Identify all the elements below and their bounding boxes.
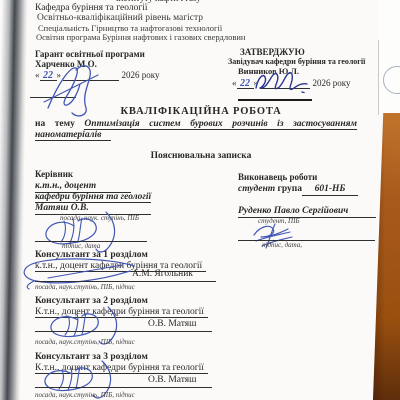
handwritten-day: 22: [237, 79, 254, 89]
book-spine-shadow: [0, 0, 28, 400]
guarantor-year: 2026 року: [122, 70, 160, 80]
scanned-title-page: інституту нафти і газу Кафедра буріння т…: [0, 0, 400, 400]
consultant3-name: О.В. Матяш: [148, 376, 196, 386]
theme-line-1: на тему Оптимізація систем бурових розчи…: [35, 119, 357, 129]
header-program: Освітня програма Буріння нафтових і газо…: [36, 33, 245, 42]
consultant2-caption: посада, наук.ступінь, ПІБ, підпис: [35, 339, 135, 346]
wood-table-edge: [373, 113, 400, 400]
consultant2-name: О.В. Матяш: [148, 320, 196, 330]
consultant1-rule: [35, 281, 216, 282]
consultant2-rule: [35, 331, 212, 332]
subtitle: Пояснювальна записка: [40, 152, 362, 162]
theme-label: на тему: [35, 119, 75, 129]
group-word: група: [278, 184, 302, 194]
executor-caption-bottom: підпис, дата,: [262, 242, 302, 249]
paper-edge-line: [378, 40, 379, 115]
theme-text-2: наноматеріалів: [35, 130, 111, 141]
consultant3-rule: [35, 387, 212, 388]
group-value: 601-НБ: [302, 185, 358, 196]
student-word: студент: [238, 184, 275, 194]
theme-text-1: Оптимізація систем бурових розчинів із з…: [84, 119, 357, 130]
executor-group-line: студент група601-НБ: [238, 185, 358, 196]
consultant3-caption: посада, наук.ступінь, ПІБ, підпис: [35, 392, 135, 399]
supervisor-department: кафедри буріння та геології: [35, 193, 151, 203]
consultant1-name: А.М. Ягольник: [132, 270, 193, 280]
work-type-title: КВАЛІФІКАЦІЙНА РОБОТА: [40, 106, 362, 117]
consultant1-caption: посада, наук.ступінь, ПІБ, підпис: [35, 284, 135, 291]
executor-role: Виконавець роботи: [238, 173, 317, 182]
signature-vynnykov: [252, 68, 314, 96]
executor-sign-rule: [238, 240, 375, 241]
approval-year: 2026 року: [313, 78, 351, 88]
approval-rule: [238, 99, 312, 101]
paper-right-margin: [378, 0, 400, 115]
theme-line-2: наноматеріалів: [35, 131, 111, 141]
supervisor-role: Керівник: [35, 170, 73, 179]
